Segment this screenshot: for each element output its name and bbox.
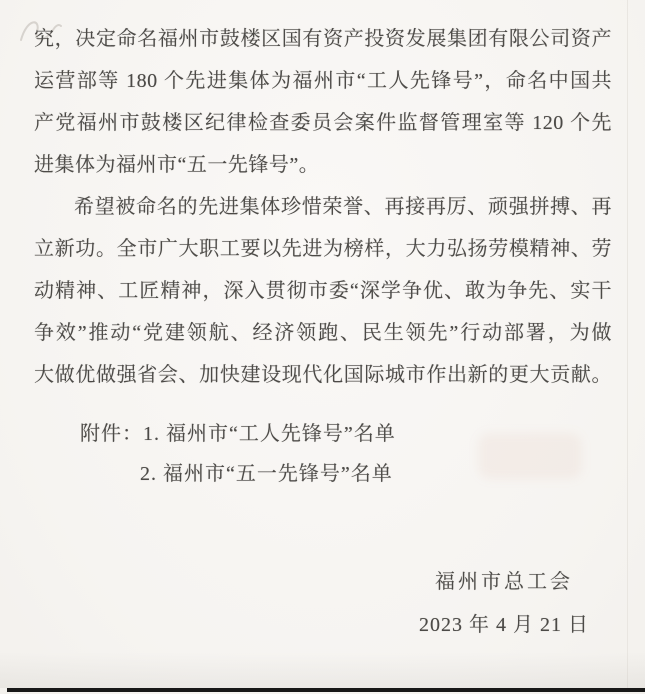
page-edge-line (627, 0, 628, 688)
scan-edge-line (7, 688, 645, 692)
body-line: 动精神、工匠精神，深入贯彻市委“深学争优、敢为争先、实干 (34, 270, 612, 312)
body-line: 究，决定命名福州市鼓楼区国有资产投资发展集团有限公司资产 (34, 18, 612, 60)
ink-bleed-smudge (478, 433, 582, 479)
body-line: 立新功。全市广大职工要以先进为榜样，大力弘扬劳模精神、劳 (34, 228, 612, 270)
body-line: 产党福州市鼓楼区纪律检查委员会案件监督管理室等 120 个先 (34, 102, 612, 144)
body-line: 进集体为福州市“五一先锋号”。 (34, 144, 612, 186)
scanned-document-page: 究，决定命名福州市鼓楼区国有资产投资发展集团有限公司资产 运营部等 180 个先… (0, 0, 645, 694)
body-line: 运营部等 180 个先进集体为福州市“工人先锋号”，命名中国共 (34, 60, 612, 102)
document-body: 究，决定命名福州市鼓楼区国有资产投资发展集团有限公司资产 运营部等 180 个先… (34, 18, 612, 396)
signature-block: 福州市总工会 2023 年 4 月 21 日 (419, 570, 589, 637)
signature-date: 2023 年 4 月 21 日 (419, 613, 589, 637)
body-line: 大做优做强省会、加快建设现代化国际城市作出新的更大贡献。 (34, 354, 612, 396)
body-line: 争效”推动“党建领航、经济领跑、民生领先”行动部署，为做 (34, 312, 612, 354)
signature-organization: 福州市总工会 (419, 570, 589, 594)
scan-noise-band (0, 652, 645, 688)
body-line: 希望被命名的先进集体珍惜荣誉、再接再厉、顽强拼搏、再 (34, 186, 612, 228)
